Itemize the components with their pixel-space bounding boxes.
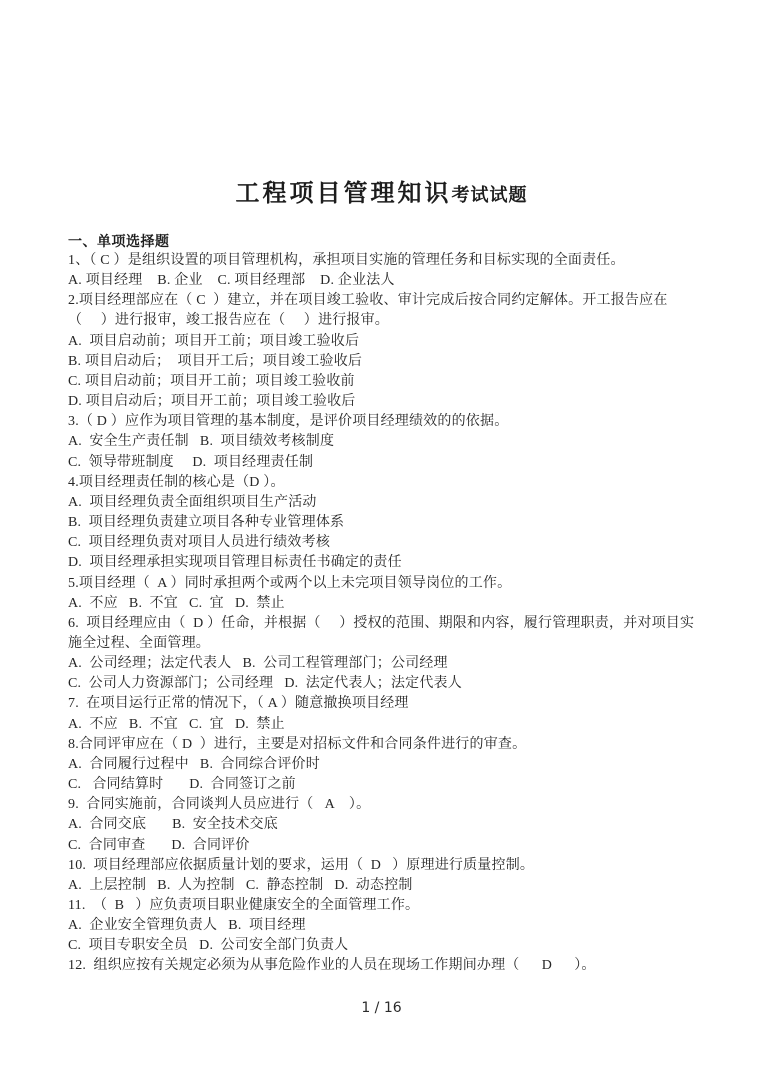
option-line: B. 项目经理负责建立项目各种专业管理体系 xyxy=(68,513,708,533)
option-line: D. 项目启动后；项目开工前；项目竣工验收后 xyxy=(68,392,708,412)
question-line: 2.项目经理部应在（ C ）建立，并在项目竣工验收、审计完成后按合同约定解体。开… xyxy=(68,291,708,311)
option-line: C. 合同结算时 D. 合同签订之前 xyxy=(68,775,708,795)
option-line: C. 项目专职安全员 D. 公司安全部门负责人 xyxy=(68,936,708,956)
option-line: A. 项目启动前；项目开工前；项目竣工验收后 xyxy=(68,332,708,352)
option-line: A. 项目经理负责全面组织项目生产活动 xyxy=(68,493,708,513)
option-line: C. 合同审查 D. 合同评价 xyxy=(68,836,708,856)
document-title-sub: 考试试题 xyxy=(452,185,528,205)
option-line: B. 项目启动后； 项目开工后；项目竣工验收后 xyxy=(68,352,708,372)
option-line: A. 公司经理；法定代表人 B. 公司工程管理部门；公司经理 xyxy=(68,654,708,674)
section-heading: 一、单项选择题 xyxy=(68,231,170,251)
document-page: 工程项目管理知识考试试题 一、单项选择题 1、（ C ）是组织设置的项目管理机构… xyxy=(0,0,763,1080)
document-title: 工程项目管理知识考试试题 xyxy=(0,172,763,209)
page-number: 1 / 16 xyxy=(0,1000,763,1016)
option-line: A. 合同交底 B. 安全技术交底 xyxy=(68,815,708,835)
option-line: A. 企业安全管理负责人 B. 项目经理 xyxy=(68,916,708,936)
question-line: 9. 合同实施前，合同谈判人员应进行（ A ）。 xyxy=(68,795,708,815)
question-line: 10. 项目经理部应依据质量计划的要求，运用（ D ）原理进行质量控制。 xyxy=(68,856,708,876)
question-line: （ ）进行报审，竣工报告应在（ ）进行报审。 xyxy=(68,311,708,331)
option-line: A. 不应 B. 不宜 C. 宜 D. 禁止 xyxy=(68,715,708,735)
option-line: C. 项目经理负责对项目人员进行绩效考核 xyxy=(68,533,708,553)
option-line: A. 上层控制 B. 人为控制 C. 静态控制 D. 动态控制 xyxy=(68,876,708,896)
question-line: 7. 在项目运行正常的情况下，（ A ）随意撤换项目经理 xyxy=(68,694,708,714)
question-line: 6. 项目经理应由（ D ）任命，并根据（ ）授权的范围、期限和内容，履行管理职… xyxy=(68,614,708,634)
question-line: 11. （ B ）应负责项目职业健康安全的全面管理工作。 xyxy=(68,896,708,916)
question-line: 施全过程、全面管理。 xyxy=(68,634,708,654)
question-list: 1、（ C ）是组织设置的项目管理机构，承担项目实施的管理任务和目标实现的全面责… xyxy=(68,251,708,977)
option-line: A. 安全生产责任制 B. 项目绩效考核制度 xyxy=(68,432,708,452)
question-line: 5.项目经理（ A ）同时承担两个或两个以上未完项目领导岗位的工作。 xyxy=(68,574,708,594)
question-line: 3.（ D ）应作为项目管理的基本制度，是评价项目经理绩效的的依据。 xyxy=(68,412,708,432)
question-line: 4.项目经理责任制的核心是（D ）。 xyxy=(68,473,708,493)
option-line: C. 项目启动前；项目开工前；项目竣工验收前 xyxy=(68,372,708,392)
option-line: D. 项目经理承担实现项目管理目标责任书确定的责任 xyxy=(68,553,708,573)
option-line: A. 合同履行过程中 B. 合同综合评价时 xyxy=(68,755,708,775)
option-line: C. 公司人力资源部门；公司经理 D. 法定代表人；法定代表人 xyxy=(68,674,708,694)
option-line: A. 不应 B. 不宜 C. 宜 D. 禁止 xyxy=(68,594,708,614)
question-line: 8.合同评审应在（ D ）进行，主要是对招标文件和合同条件进行的审查。 xyxy=(68,735,708,755)
question-line: 1、（ C ）是组织设置的项目管理机构，承担项目实施的管理任务和目标实现的全面责… xyxy=(68,251,708,271)
question-line: 12. 组织应按有关规定必须为从事危险作业的人员在现场工作期间办理（ D ）。 xyxy=(68,956,708,976)
option-line: C. 领导带班制度 D. 项目经理责任制 xyxy=(68,453,708,473)
option-line: A. 项目经理 B. 企业 C. 项目经理部 D. 企业法人 xyxy=(68,271,708,291)
document-title-main: 工程项目管理知识 xyxy=(236,181,452,207)
